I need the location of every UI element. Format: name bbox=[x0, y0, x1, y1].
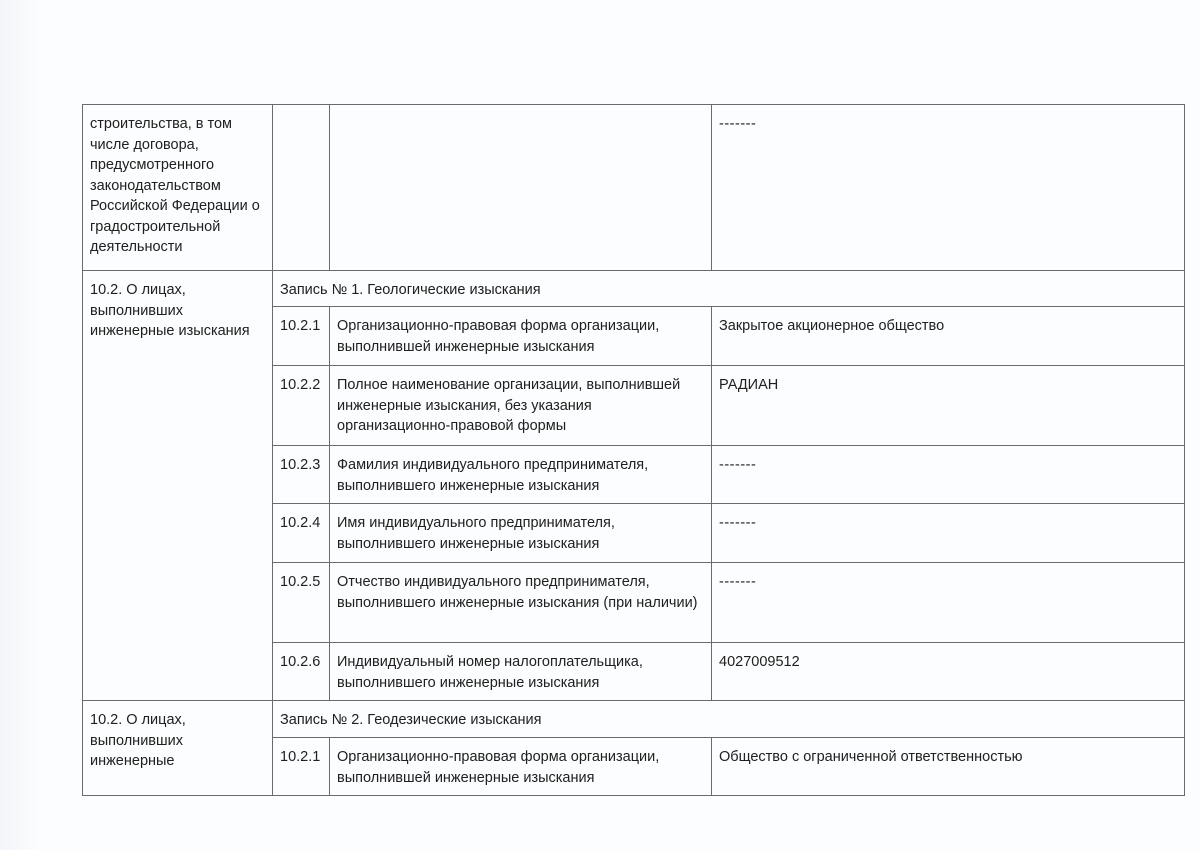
section-label: 10.2. О лицах, выполнивших инженерные bbox=[90, 712, 186, 769]
field-value: ------- bbox=[719, 574, 756, 590]
value-cell: РАДИАН bbox=[712, 366, 1185, 446]
item-number: 10.2.1 bbox=[280, 318, 320, 334]
field-value: 4027009512 bbox=[719, 654, 800, 670]
item-number-cell: 10.2.1 bbox=[273, 738, 330, 796]
item-number: 10.2.6 bbox=[280, 654, 320, 670]
item-number-cell: 10.2.6 bbox=[273, 643, 330, 701]
field-name-cell: Отчество индивидуального предпринимателя… bbox=[330, 563, 712, 643]
item-number: 10.2.3 bbox=[280, 457, 320, 473]
field-name-cell: Организационно-правовая форма организаци… bbox=[330, 738, 712, 796]
field-name: Имя индивидуального предпринимателя, вып… bbox=[337, 515, 615, 552]
value-cell: ------- bbox=[712, 446, 1185, 504]
record-title: Запись № 2. Геодезические изыскания bbox=[280, 712, 541, 728]
value-cell: Общество с ограниченной ответственностью bbox=[712, 738, 1185, 796]
field-value: РАДИАН bbox=[719, 377, 778, 393]
value-cell: Закрытое акционерное общество bbox=[712, 307, 1185, 366]
field-value: Общество с ограниченной ответственностью bbox=[719, 749, 1023, 765]
field-name-cell: Полное наименование организации, выполни… bbox=[330, 366, 712, 446]
section-label-cell: строительства, в том числе договора, пре… bbox=[83, 105, 273, 271]
record-title-cell: Запись № 2. Геодезические изыскания bbox=[273, 701, 1185, 738]
field-name-cell: Имя индивидуального предпринимателя, вып… bbox=[330, 504, 712, 563]
section-label-cell: 10.2. О лицах, выполнивших инженерные из… bbox=[83, 271, 273, 701]
item-number-cell: 10.2.1 bbox=[273, 307, 330, 366]
value-cell: ------- bbox=[712, 105, 1185, 271]
record-title-cell: Запись № 1. Геологические изыскания bbox=[273, 271, 1185, 307]
item-number-cell bbox=[273, 105, 330, 271]
item-number: 10.2.1 bbox=[280, 749, 320, 765]
field-name: Индивидуальный номер налогоплательщика, … bbox=[337, 654, 643, 691]
field-name-cell: Организационно-правовая форма организаци… bbox=[330, 307, 712, 366]
field-name: Отчество индивидуального предпринимателя… bbox=[337, 574, 698, 611]
field-value: ------- bbox=[719, 457, 756, 473]
section-label: 10.2. О лицах, выполнивших инженерные из… bbox=[90, 282, 250, 339]
field-name-cell bbox=[330, 105, 712, 271]
field-value: ------- bbox=[719, 515, 756, 531]
section-label: строительства, в том числе договора, пре… bbox=[90, 116, 260, 255]
scanned-page: строительства, в том числе договора, пре… bbox=[0, 0, 1200, 850]
item-number: 10.2.4 bbox=[280, 515, 320, 531]
value-cell: ------- bbox=[712, 563, 1185, 643]
table-row-continued: строительства, в том числе договора, пре… bbox=[83, 105, 1185, 271]
item-number-cell: 10.2.4 bbox=[273, 504, 330, 563]
record-title: Запись № 1. Геологические изыскания bbox=[280, 282, 541, 298]
table-row-record-title: 10.2. О лицах, выполнивших инженерные из… bbox=[83, 271, 1185, 307]
value-cell: 4027009512 bbox=[712, 643, 1185, 701]
field-name-cell: Индивидуальный номер налогоплательщика, … bbox=[330, 643, 712, 701]
item-number-cell: 10.2.5 bbox=[273, 563, 330, 643]
field-name-cell: Фамилия индивидуального предпринимателя,… bbox=[330, 446, 712, 504]
item-number: 10.2.2 bbox=[280, 377, 320, 393]
value-cell: ------- bbox=[712, 504, 1185, 563]
field-value: Закрытое акционерное общество bbox=[719, 318, 944, 334]
item-number-cell: 10.2.3 bbox=[273, 446, 330, 504]
item-number-cell: 10.2.2 bbox=[273, 366, 330, 446]
section-label-cell: 10.2. О лицах, выполнивших инженерные bbox=[83, 701, 273, 796]
item-number: 10.2.5 bbox=[280, 574, 320, 590]
registry-table: строительства, в том числе договора, пре… bbox=[82, 104, 1185, 796]
table-row-record-title: 10.2. О лицах, выполнивших инженерные За… bbox=[83, 701, 1185, 738]
field-name: Организационно-правовая форма организаци… bbox=[337, 749, 659, 786]
field-name: Организационно-правовая форма организаци… bbox=[337, 318, 659, 355]
field-name: Полное наименование организации, выполни… bbox=[337, 377, 680, 434]
field-value: ------- bbox=[719, 116, 756, 132]
field-name: Фамилия индивидуального предпринимателя,… bbox=[337, 457, 648, 494]
